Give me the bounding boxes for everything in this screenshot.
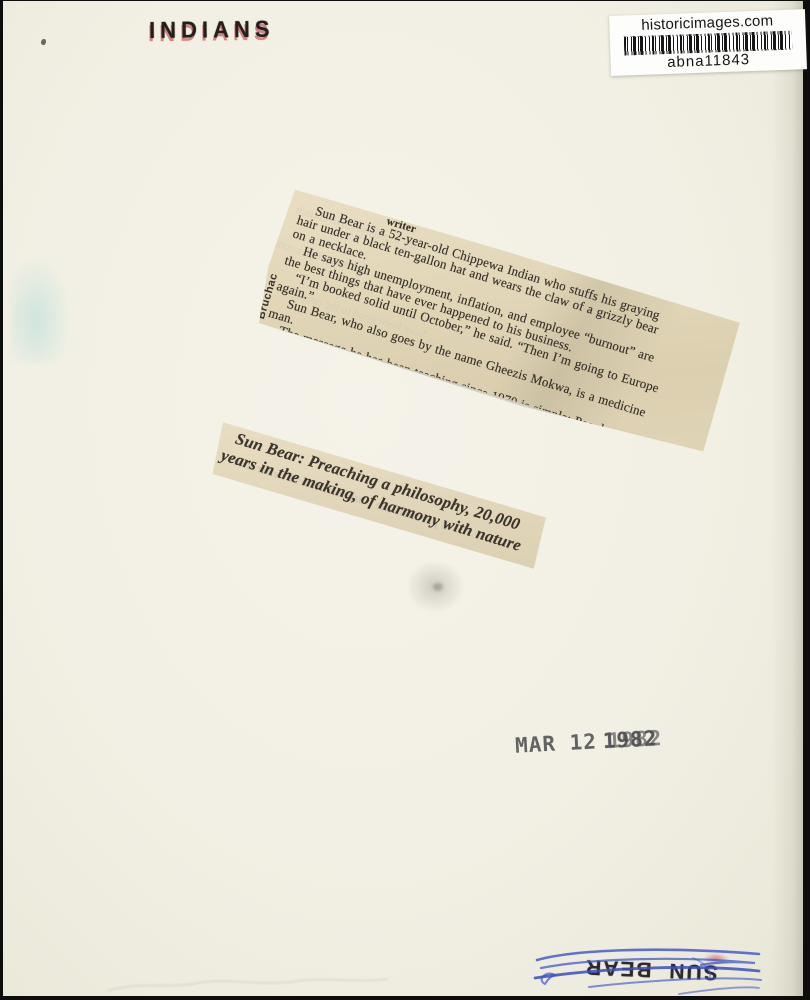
pencil-marks	[98, 969, 398, 999]
caption-line: Sun Bear: Preaching a philosophy, 20,000	[224, 426, 543, 541]
ink-speck	[41, 39, 46, 45]
date-stamp-month-day: MAR 12	[514, 729, 597, 757]
category-stamp: INDIANS	[149, 16, 275, 45]
archive-label: historicimages.com abna11843	[609, 9, 807, 76]
pen-scribble	[531, 934, 771, 1000]
gray-smudge-dot	[433, 583, 443, 591]
archive-label-site: historicimages.com	[641, 13, 773, 34]
article-text: writer Sun Bear is a 52-year-old Chippew…	[263, 192, 734, 458]
caption-clipping: ll parallels the Lutheran World Federati…	[208, 419, 550, 572]
gray-smudge	[409, 563, 467, 615]
photo-back-paper: INDIANS historicimages.com abna11843 the…	[3, 1, 803, 996]
date-stamp-year: 1982	[602, 726, 658, 753]
article-clipping: they mostly seem to church he said many …	[252, 186, 743, 458]
cyan-smudge	[11, 253, 73, 363]
archive-label-code: abna11843	[667, 52, 750, 71]
caption-line: years in the making, of harmony with nat…	[219, 445, 538, 560]
date-stamp: MAR 121982	[514, 726, 657, 757]
caption-text: Sun Bear: Preaching a philosophy, 20,000…	[219, 426, 544, 559]
paper-edge-shading	[793, 1, 803, 996]
